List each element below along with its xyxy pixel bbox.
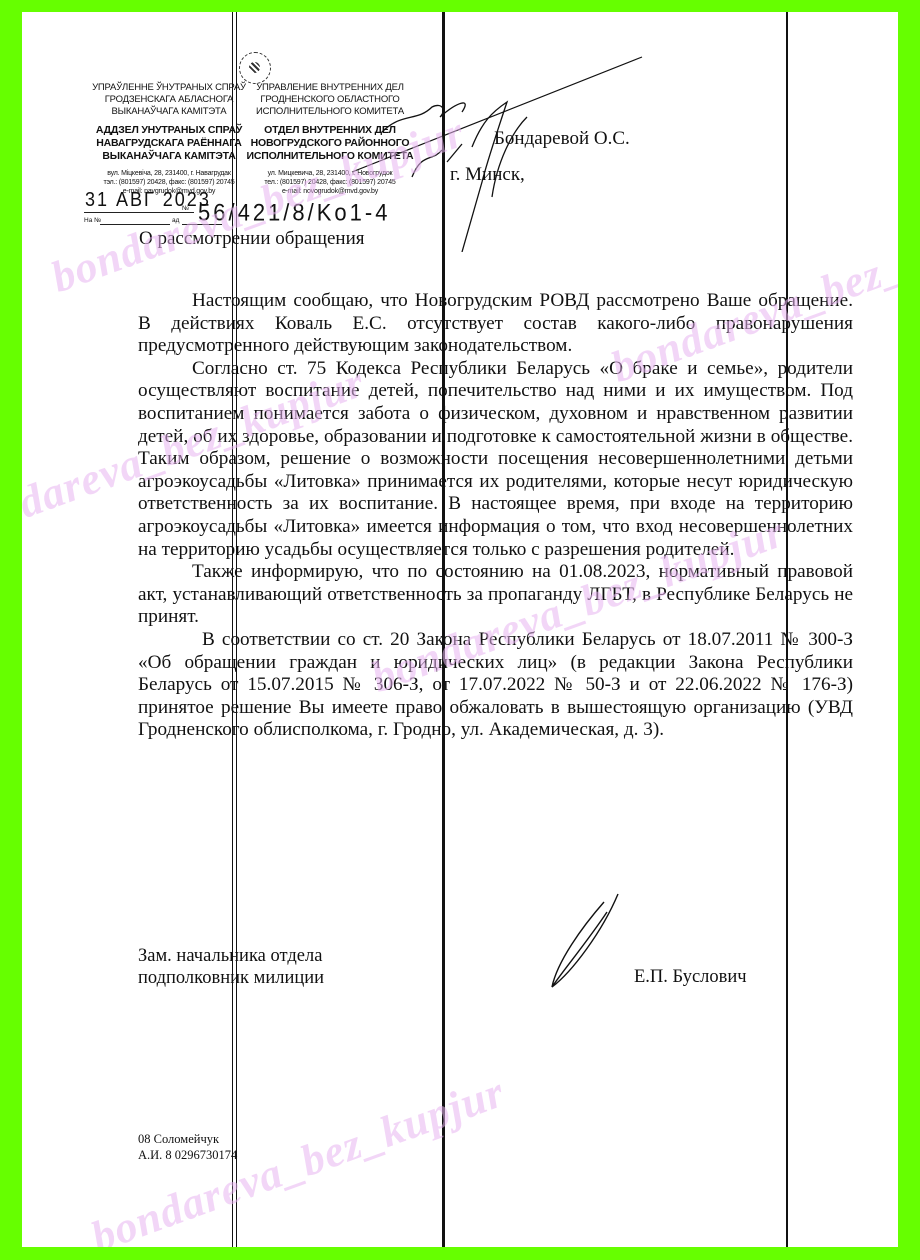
executor-phone: А.И. 8 0296730174: [138, 1147, 237, 1163]
scan-line: [236, 12, 237, 1247]
header-left-phone: тэл.: (801597) 20428, факс: (801597) 207…: [84, 178, 254, 187]
paragraph: Также информирую, что по состоянию на 01…: [138, 561, 853, 629]
header-left-bold-line: ВЫКАНАЎЧАГА КАМІТЭТА: [84, 150, 254, 163]
document-page: УПРАЎЛЕННЕ ЎНУТРАНЫХ СПРАЎ ГРОДЗЕНСКАГА …: [22, 12, 898, 1247]
executor-name: 08 Соломейчук: [138, 1131, 237, 1147]
date-underline: [84, 212, 194, 213]
stamp-date: 31 АВГ 2023: [85, 187, 211, 211]
number-label: №: [182, 205, 189, 212]
reply-to-label: На №: [84, 217, 101, 224]
reply-from-underline: [182, 224, 222, 225]
header-left-bold-line: АДДЗЕЛ УНУТРАНЫХ СПРАЎ: [84, 124, 254, 137]
header-left-line: ВЫКАНАЎЧАГА КАМІТЭТА: [84, 106, 254, 118]
handwritten-resolution: [322, 32, 662, 252]
paragraph: Согласно ст. 75 Кодекса Республики Белар…: [138, 358, 853, 561]
signatory-name: Е.П. Буслович: [634, 967, 747, 988]
reply-from-label: ад: [172, 217, 179, 224]
header-left-line: ГРОДЗЕНСКАГА АБЛАСНОГА: [84, 94, 254, 106]
handwritten-signature: [532, 892, 642, 1002]
letter-body: Настоящим сообщаю, что Новогрудским РОВД…: [138, 290, 853, 742]
executor-info: 08 Соломейчук А.И. 8 0296730174: [138, 1131, 237, 1163]
header-left-line: УПРАЎЛЕННЕ ЎНУТРАНЫХ СПРАЎ: [84, 82, 254, 94]
scan-line: [786, 12, 788, 1247]
scan-line: [442, 12, 445, 1247]
emblem-icon: [239, 52, 271, 84]
header-left-block: УПРАЎЛЕННЕ ЎНУТРАНЫХ СПРАЎ ГРОДЗЕНСКАГА …: [84, 82, 254, 196]
header-left-bold-line: НАВАГРУДСКАГА РАЁННАГА: [84, 137, 254, 150]
header-left-address: вул. Міцкевіча, 28, 231400, г. Навагруда…: [84, 169, 254, 178]
paragraph: В соответствии со ст. 20 Закона Республи…: [138, 629, 853, 742]
scan-line: [232, 12, 233, 1247]
paragraph: Настоящим сообщаю, что Новогрудским РОВД…: [138, 290, 853, 358]
reply-underline: [100, 224, 170, 225]
